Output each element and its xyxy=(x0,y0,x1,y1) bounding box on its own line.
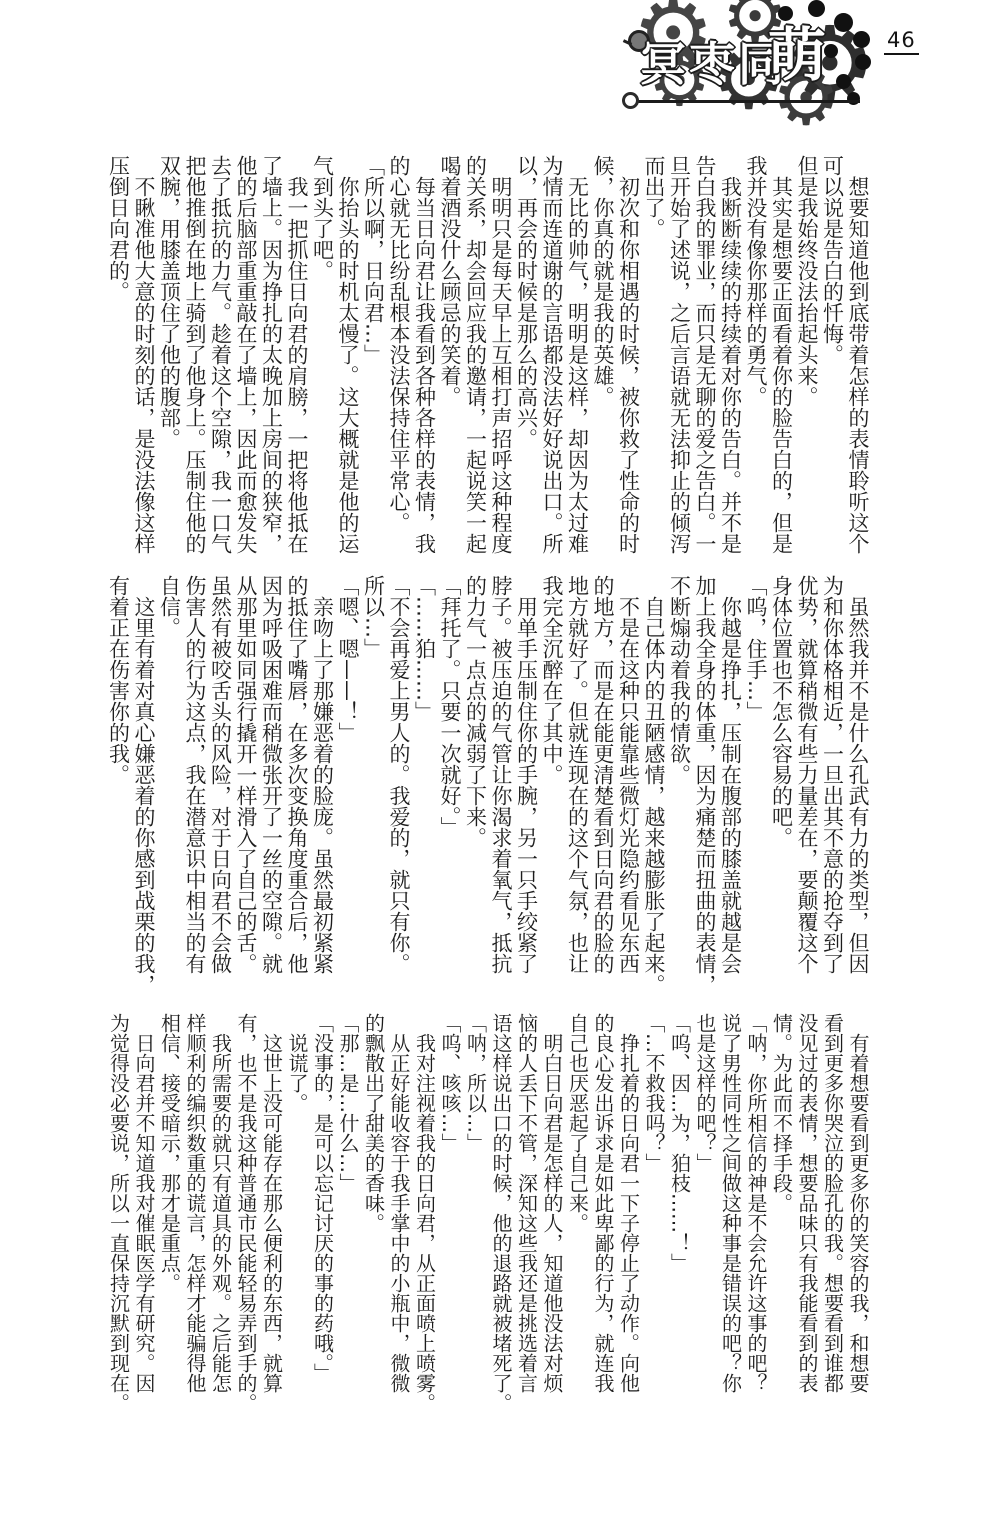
text-column: 没见过的表情，想要品味只有我能看到的表 xyxy=(794,1013,820,1393)
text-column: 旦开始了述说，之后言语就无法抑止的倾泻 xyxy=(666,155,692,554)
text-column: 我断断续续的持续着对你的告白。并不是 xyxy=(717,155,743,554)
text-column: 的地方，而是在能更清楚看到日向君的脸的 xyxy=(590,575,616,974)
text-column: 我并没有像你那样的勇气。 xyxy=(743,155,769,554)
text-column: 可以说是告白的忏悔。 xyxy=(819,155,845,554)
text-column: 不是在这种只能靠些微灯光隐约看见东西 xyxy=(615,575,641,974)
text-column: 所以…」 xyxy=(360,575,386,974)
text-column: 有，也不是我这种普通市民能轻易弄到手的。 xyxy=(233,1013,259,1393)
text-column: 气到头了吧。 xyxy=(309,155,335,554)
text-column: 语这样说出口的时候，他的退路就被堵死了。 xyxy=(488,1013,514,1393)
text-column: 但是我始终没法抬起头来。 xyxy=(794,155,820,554)
text-column: 亲吻上了那嫌恶着的脸庞。虽然最初紧紧 xyxy=(309,575,335,974)
text-column: 去了抵抗的力气。趁着这个空隙，我一口气 xyxy=(207,155,233,554)
text-column: 「…不救我吗？」 xyxy=(641,1013,667,1393)
logo-title-accent: 萌 xyxy=(768,8,826,92)
page-number: 46 xyxy=(884,28,919,55)
text-column: 「……狛……」 xyxy=(411,575,437,974)
text-column: 挣扎着的日向君一下子停止了动作。向他 xyxy=(615,1013,641,1393)
text-column: 你抬头的时机太慢了。这大概就是他的运 xyxy=(335,155,361,554)
text-column: 明明只是每天早上互相打声招呼这种程度 xyxy=(488,155,514,554)
text-column: 虽然我并不是什么孔武有力的类型，但因 xyxy=(845,575,871,974)
text-column: 自己体内的丑陋感情，越来越膨胀了起来。 xyxy=(641,575,667,974)
text-column: 的力气一点点的减弱了下来。 xyxy=(462,575,488,974)
text-column: 样顺利的编织数重的谎言，怎样才能骗得他 xyxy=(182,1013,208,1393)
text-column: 无比的帅气，明明是这样，却因为太过难 xyxy=(564,155,590,554)
text-column: 我完全沉醉在了其中。 xyxy=(539,575,565,974)
dot-icon xyxy=(834,13,853,32)
text-column: 候，你真的就是我的英雄。 xyxy=(590,155,616,554)
text-column: 他的后脑部重重敲在了墙上，因此而愈发失 xyxy=(233,155,259,554)
text-column: 初次和你相遇的时候，被你救了性命的时 xyxy=(615,155,641,554)
text-column: 「呐，所以…」 xyxy=(462,1013,488,1393)
text-column: 脖子。被压迫的气管让你渴求着氧气，抵抗 xyxy=(488,575,514,974)
text-column: 虽然有被咬舌头的风险，对于日向君不会做 xyxy=(207,575,233,974)
text-column: 加上我全身的体重，因为痛楚而扭曲的表情， xyxy=(692,575,718,974)
text-column: 「那…是…什么…」 xyxy=(335,1013,361,1393)
text-column: 我对注视着我的日向君，从正面喷上喷雾。 xyxy=(411,1013,437,1393)
text-column: 双腕，用膝盖顶住了他的腹部。 xyxy=(156,155,182,554)
text-column: 其实是想要正面看着你的脸告白的，但是 xyxy=(768,155,794,554)
text-column: 优势，就算稍微有些力量差在，要颠覆这个 xyxy=(794,575,820,974)
text-column: 自己也厌恶起了自己来。 xyxy=(564,1013,590,1393)
text-column: 从正好能收容于我手掌中的小瓶中，微微 xyxy=(386,1013,412,1393)
scanlation-watermark: ⚙ ⚙ ⚙ ⚙ ⚙ ⚙ 冥枣同 萌 xyxy=(626,0,878,128)
text-column: 「没事的，是可以忘记讨厌的事的药哦。」 xyxy=(309,1013,335,1393)
text-column: 因为呼吸困难而稍微张开了一丝的空隙。就 xyxy=(258,575,284,974)
text-column: 用单手压制住你的手腕，另一只手绞紧了 xyxy=(513,575,539,974)
text-column: 为觉得没必要说，所以一直保持沉默到现在。 xyxy=(105,1013,131,1393)
text-column: 你越是挣扎，压制在腹部的膝盖就越是会 xyxy=(717,575,743,974)
text-column: 看到更多你哭泣的脸孔的我。想要看到谁都 xyxy=(819,1013,845,1393)
text-column: 恼的人丢下不管，深知这些我还是挑选着言 xyxy=(513,1013,539,1393)
text-block-2: 虽然我并不是什么孔武有力的类型，但因为和你体格相近，一旦出其不意的抢夺到了优势，… xyxy=(105,575,870,974)
dot-icon xyxy=(855,54,871,70)
text-column: 有着想要看到更多你的笑容的我，和想要 xyxy=(845,1013,871,1393)
text-column: 我所需要的就只有道具的外观。之后能怎 xyxy=(207,1013,233,1393)
text-column: 「呜、咳咳…」 xyxy=(437,1013,463,1393)
text-column: 也是这样的吧？」 xyxy=(692,1013,718,1393)
text-column: 「所以啊，日向君…」 xyxy=(360,155,386,554)
dot-icon xyxy=(824,44,838,58)
text-column: 而出了。 xyxy=(641,155,667,554)
novel-page: ⚙ ⚙ ⚙ ⚙ ⚙ ⚙ 冥枣同 萌 46 想要知道他到底带着怎样的表情聆听这个可… xyxy=(0,0,1000,1519)
text-column: 的心就无比纷乱根本没法保持住平常心。 xyxy=(386,155,412,554)
dot-icon xyxy=(836,74,851,89)
text-column: 情。为此而不择手段。 xyxy=(768,1013,794,1393)
text-column: 「呐，你所相信的神是不会允许这事的吧？ xyxy=(743,1013,769,1393)
text-column: 不断煽动着我的情欲。 xyxy=(666,575,692,974)
text-column: 为情而连道谢的言语都没法好好说出口。所 xyxy=(539,155,565,554)
text-column: 说了男性同性之间做这种事是错误的吧？你 xyxy=(717,1013,743,1393)
text-column: 压倒日向君的。 xyxy=(105,155,131,554)
text-column: 为和你体格相近，一旦出其不意的抢夺到了 xyxy=(819,575,845,974)
text-column: 说谎了。 xyxy=(284,1013,310,1393)
text-column: 了墙上。因为挣扎的太晚加上房间的狭窄， xyxy=(258,155,284,554)
text-column: 这里有着对真心嫌恶着的你感到战栗的我， xyxy=(131,575,157,974)
text-block-1: 想要知道他到底带着怎样的表情聆听这个可以说是告白的忏悔。但是我始终没法抬起头来。… xyxy=(105,155,870,554)
text-column: 想要知道他到底带着怎样的表情聆听这个 xyxy=(845,155,871,554)
text-column: 喝着酒没什么顾忌的笑着。 xyxy=(437,155,463,554)
text-column: 我一把抓住日向君的肩膀，一把将他抵在 xyxy=(284,155,310,554)
text-column: 从那里如同强行撬开一样滑入了自己的舌。 xyxy=(233,575,259,974)
text-column: 地方就好了。但就连现在的这个气氛，也让 xyxy=(564,575,590,974)
text-column: 明白日向君是怎样的人，知道他没法对烦 xyxy=(539,1013,565,1393)
text-column: 日向君并不知道我对催眠医学有研究。因 xyxy=(131,1013,157,1393)
text-column: 身体位置也不怎么容易的吧。 xyxy=(768,575,794,974)
text-column: 相信、接受暗示，那才是重点。 xyxy=(156,1013,182,1393)
text-column: 的抵住了嘴唇，在多次变换角度重合后，他 xyxy=(284,575,310,974)
ring-icon xyxy=(622,92,639,109)
logo-title: 冥枣同 xyxy=(640,28,787,94)
text-column: 不瞅准他大意的时刻的话，是没法像这样 xyxy=(131,155,157,554)
text-column: 自信。 xyxy=(156,575,182,974)
text-block-3: 有着想要看到更多你的笑容的我，和想要看到更多你哭泣的脸孔的我。想要看到谁都没见过… xyxy=(105,1013,870,1393)
text-column: 有着正在伤害你的我。 xyxy=(105,575,131,974)
dot-icon xyxy=(853,31,870,48)
text-column: 「嗯、嗯——！」 xyxy=(335,575,361,974)
logo-underline xyxy=(630,100,860,103)
text-column: 「拜托了。只要一次就好。」 xyxy=(437,575,463,974)
text-column: 这世上没可能存在那么便利的东西，就算 xyxy=(258,1013,284,1393)
text-column: 的良心发出诉求是如此卑鄙的行为，就连我 xyxy=(590,1013,616,1393)
text-column: 告白我的罪业，而只是无聊的爱之告白。一 xyxy=(692,155,718,554)
text-column: 的关系，却会回应我的邀请，一起说笑一起 xyxy=(462,155,488,554)
text-column: 的飘散出了甜美的香味。 xyxy=(360,1013,386,1393)
dot-icon xyxy=(847,92,860,105)
text-column: 把他推倒在地上骑到了他身上。压制住他的 xyxy=(182,155,208,554)
text-column: 「呜，住手…」 xyxy=(743,575,769,974)
text-column: 每当日向君让我看到各种各样的表情，我 xyxy=(411,155,437,554)
text-column: 以，再会的时候是那么的高兴。 xyxy=(513,155,539,554)
text-column: 「不会再爱上男人的。我爱的，就只有你。 xyxy=(386,575,412,974)
text-column: 「呜、因…为，狛枝……！」 xyxy=(666,1013,692,1393)
text-column: 伤害人的行为这点，我在潜意识中相当的有 xyxy=(182,575,208,974)
